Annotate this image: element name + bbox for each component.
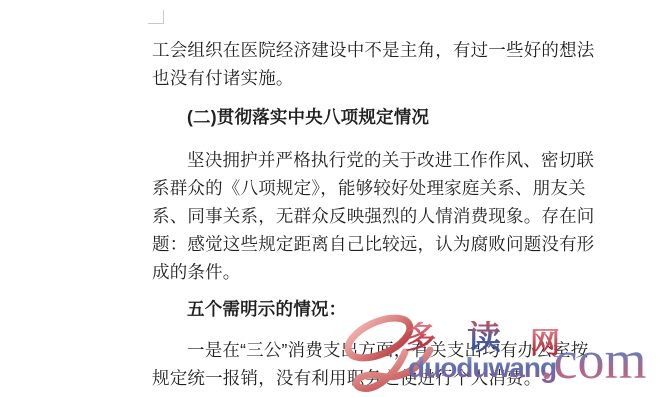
section-heading: (二)贯彻落实中央八项规定情况 bbox=[152, 103, 588, 131]
document-text-column: 工会组织在医院经济建设中不是主角，有过一些好的想法 也没有付诸实施。 (二)贯彻… bbox=[152, 36, 588, 392]
text-boundary-corner-mark bbox=[148, 10, 164, 24]
paragraph-line: 一是在“三公”消费支出方面，有关支出均有办公室按 bbox=[152, 336, 588, 364]
paragraph-line: 成的条件。 bbox=[152, 258, 588, 286]
paragraph-line: 系群众的《八项规定》，能够较好处理家庭关系、朋友关 bbox=[152, 174, 588, 202]
section-heading: 五个需明示的情况： bbox=[152, 295, 588, 323]
paragraph-line: 规定统一报销，没有利用职务之便进行个人消费。 bbox=[152, 364, 588, 392]
paragraph-line: 坚决拥护并严格执行党的关于改进工作作风、密切联 bbox=[152, 146, 588, 174]
document-page: { "page": { "background": "#ffffff", "te… bbox=[0, 0, 662, 397]
paragraph-line: 也没有付诸实施。 bbox=[152, 64, 588, 92]
paragraph-line: 题：感觉这些规定距离自己比较远，认为腐败问题没有形 bbox=[152, 230, 588, 258]
paragraph-line: 系、同事关系，无群众反映强烈的人情消费现象。存在问 bbox=[152, 202, 588, 230]
paragraph-line: 工会组织在医院经济建设中不是主角，有过一些好的想法 bbox=[152, 36, 588, 64]
